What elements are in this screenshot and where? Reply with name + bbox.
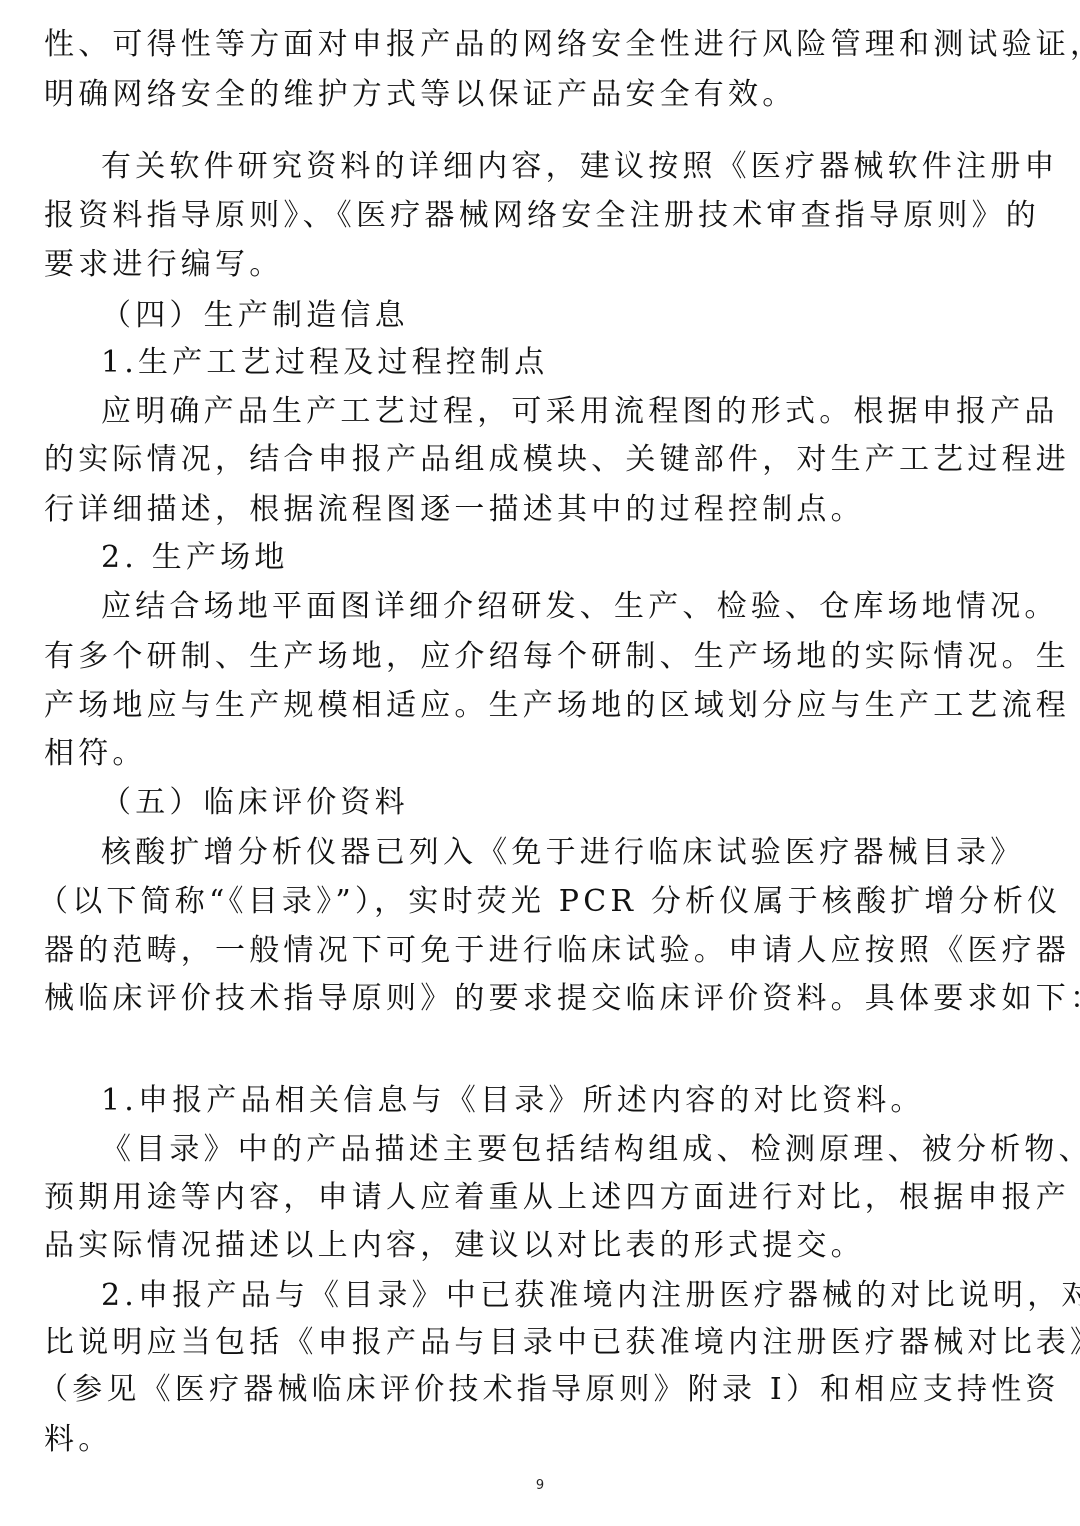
text-line: 相符。 bbox=[44, 734, 1036, 774]
section-heading-clinical: （五）临床评价资料 bbox=[101, 783, 1080, 823]
paragraph-start: 应明确产品生产工艺过程，可采用流程图的形式。根据申报产品 bbox=[101, 392, 1080, 432]
text-line: 料。 bbox=[44, 1420, 1036, 1460]
text-line: 品实际情况描述以上内容，建议以对比表的形式提交。 bbox=[44, 1226, 1036, 1266]
page-number: 9 bbox=[0, 1478, 1080, 1493]
text-line: 产场地应与生产规模相适应。生产场地的区域划分应与生产工艺流程 bbox=[44, 686, 1036, 726]
text-line: 行详细描述，根据流程图逐一描述其中的过程控制点。 bbox=[44, 490, 1036, 530]
paragraph-start: 有关软件研究资料的详细内容，建议按照《医疗器械软件注册申 bbox=[101, 147, 1080, 187]
text-line: 要求进行编写。 bbox=[44, 245, 1036, 285]
paragraph-start: 应结合场地平面图详细介绍研发、生产、检验、仓库场地情况。 bbox=[101, 587, 1080, 627]
text-line: 械临床评价技术指导原则》的要求提交临床评价资料。具体要求如下： bbox=[44, 979, 1036, 1019]
text-line: 比说明应当包括《申报产品与目录中已获准境内注册医疗器械对比表》 bbox=[44, 1323, 1036, 1363]
text-line: 的实际情况，结合申报产品组成模块、关键部件，对生产工艺过程进 bbox=[44, 440, 1036, 480]
text-line: （参见《医疗器械临床评价技术指导原则》附录 I）和相应支持性资 bbox=[38, 1370, 1030, 1410]
text-line: （以下简称“《目录》”），实时荧光 PCR 分析仪属于核酸扩增分析仪 bbox=[38, 882, 1030, 922]
text-line: 明确网络安全的维护方式等以保证产品安全有效。 bbox=[44, 75, 1036, 115]
subsection-heading-registered-comparison: 2.申报产品与《目录》中已获准境内注册医疗器械的对比说明，对 bbox=[101, 1276, 1080, 1316]
paragraph-start: 《目录》中的产品描述主要包括结构组成、检测原理、被分析物、 bbox=[101, 1130, 1080, 1170]
text-line: 预期用途等内容，申请人应着重从上述四方面进行对比，根据申报产 bbox=[44, 1178, 1036, 1218]
subsection-heading-process: 1.生产工艺过程及过程控制点 bbox=[101, 343, 1080, 383]
subsection-heading-comparison: 1.申报产品相关信息与《目录》所述内容的对比资料。 bbox=[101, 1081, 1080, 1121]
text-line: 性、可得性等方面对申报产品的网络安全性进行风险管理和测试验证， bbox=[44, 25, 1036, 65]
document-page: 性、可得性等方面对申报产品的网络安全性进行风险管理和测试验证， 明确网络安全的维… bbox=[0, 0, 1080, 1526]
paragraph-start: 核酸扩增分析仪器已列入《免于进行临床试验医疗器械目录》 bbox=[101, 833, 1080, 873]
text-line: 器的范畴，一般情况下可免于进行临床试验。申请人应按照《医疗器 bbox=[44, 931, 1036, 971]
text-line: 报资料指导原则》、《医疗器械网络安全注册技术审查指导原则》的 bbox=[44, 196, 1036, 236]
section-heading-production: （四）生产制造信息 bbox=[101, 296, 1080, 336]
subsection-heading-site: 2. 生产场地 bbox=[101, 538, 1080, 578]
text-line: 有多个研制、生产场地，应介绍每个研制、生产场地的实际情况。生 bbox=[44, 637, 1036, 677]
